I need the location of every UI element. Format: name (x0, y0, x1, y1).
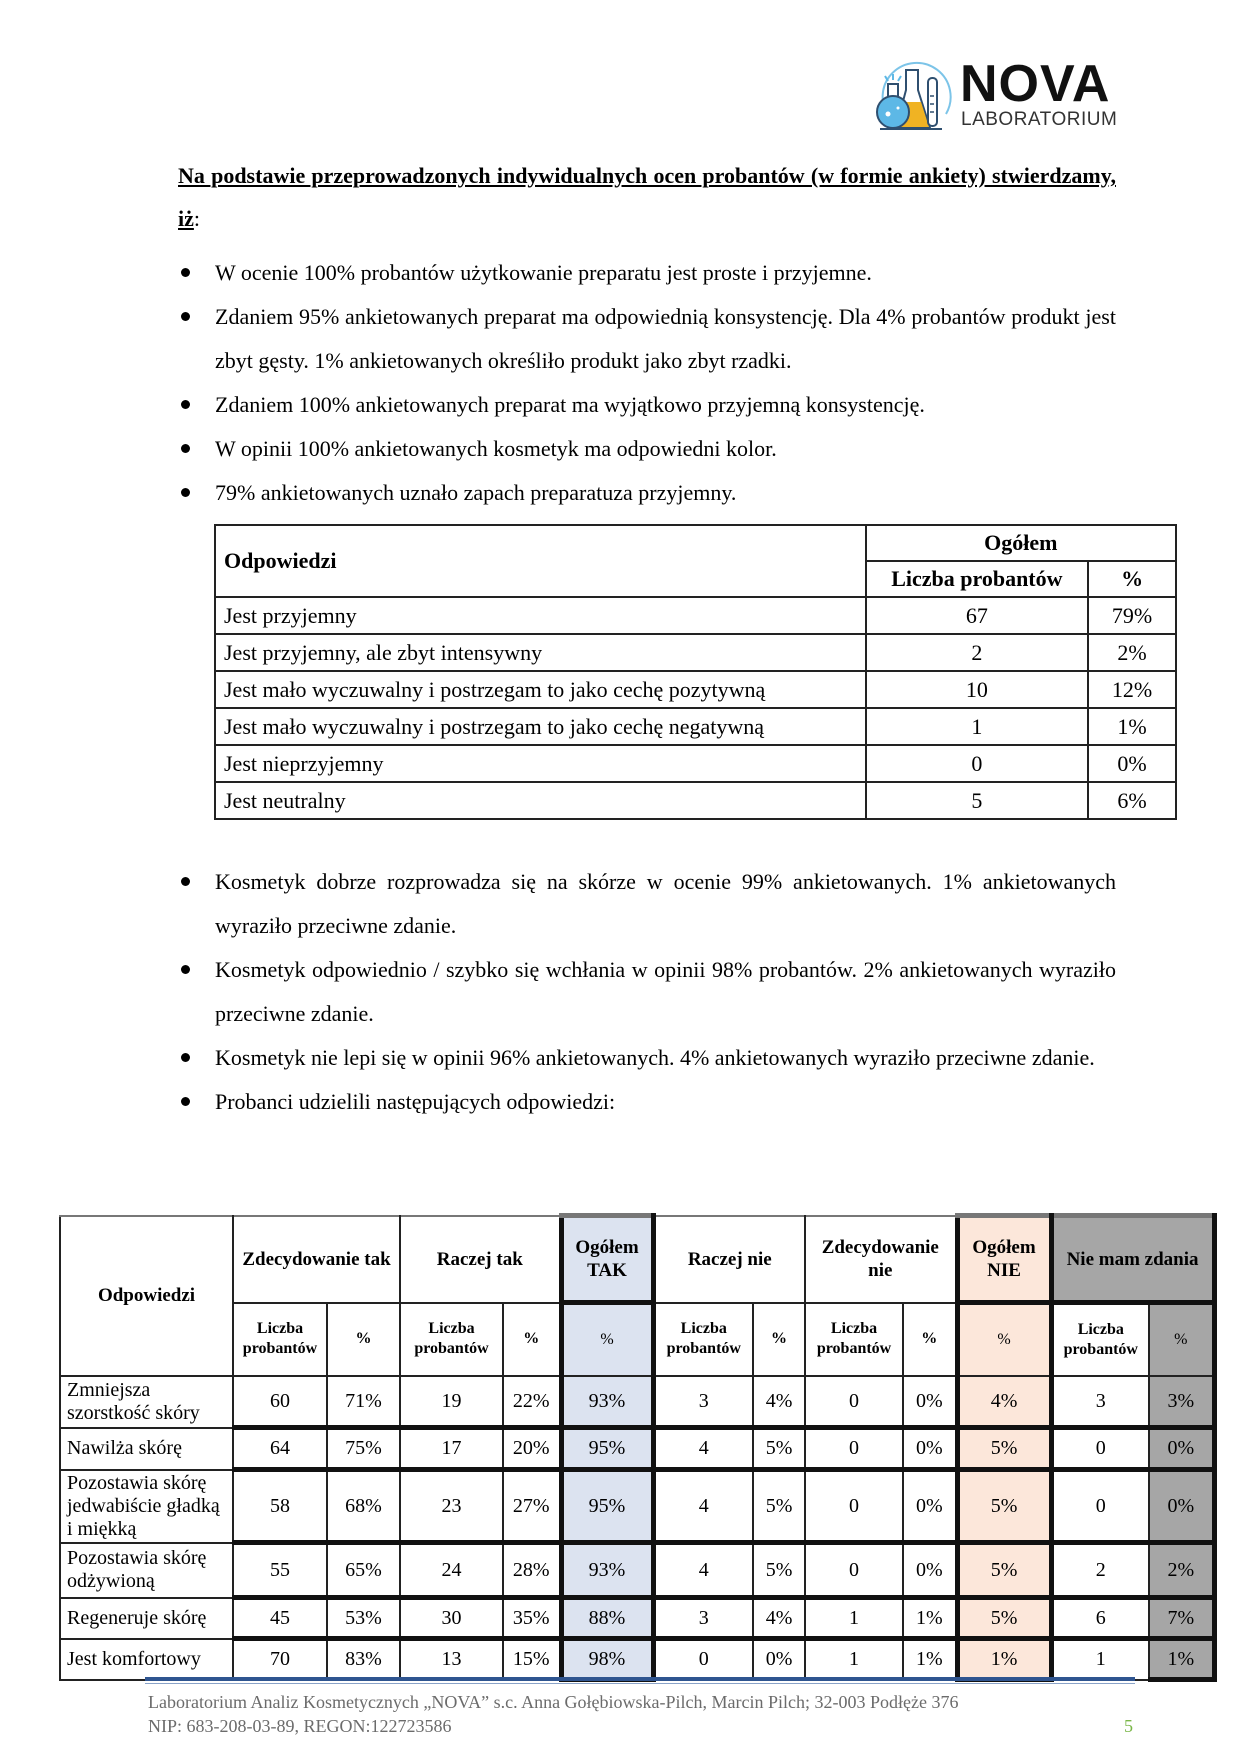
rather-yes-percent: 20% (503, 1428, 561, 1470)
no-opinion-count: 6 (1051, 1598, 1149, 1639)
definitely-yes-count: 60 (233, 1376, 327, 1428)
row-percent: 6% (1088, 782, 1176, 819)
rather-yes-percent: 35% (503, 1598, 561, 1639)
logo-name: NOVA (960, 58, 1110, 110)
list-item-text: Kosmetyk odpowiednio / szybko się wchłan… (215, 957, 1116, 1026)
total-yes-percent: 93% (561, 1543, 653, 1598)
no-opinion-count: 1 (1051, 1639, 1149, 1680)
header-percent: % (753, 1303, 805, 1377)
header-count: Liczba probantów (653, 1303, 753, 1377)
intro-colon: : (194, 206, 200, 231)
table-row: Jest mało wyczuwalny i postrzegam to jak… (215, 671, 1176, 708)
no-opinion-percent: 0% (1149, 1428, 1214, 1470)
list-item-text: W ocenie 100% probantów użytkowanie prep… (215, 260, 872, 285)
bullet-icon (181, 1053, 190, 1062)
rather-yes-count: 24 (400, 1543, 503, 1598)
row-label: Nawilża skórę (60, 1428, 233, 1470)
table-row: Jest przyjemny, ale zbyt intensywny22% (215, 634, 1176, 671)
definitely-yes-count: 70 (233, 1639, 327, 1680)
no-opinion-count: 3 (1051, 1376, 1149, 1428)
list-item: W ocenie 100% probantów użytkowanie prep… (178, 251, 1116, 295)
total-no-percent: 5% (957, 1470, 1051, 1543)
header-definitely-no: Zdecydowanie nie (805, 1216, 957, 1303)
table-row: Zmniejsza szorstkość skóry6071%1922%93%3… (60, 1376, 1214, 1428)
definitely-no-percent: 0% (903, 1470, 957, 1543)
list-item-text: Zdaniem 95% ankietowanych preparat ma od… (215, 304, 1116, 373)
list-item: 79% ankietowanych uznało zapach preparat… (178, 471, 1116, 515)
definitely-no-count: 1 (805, 1639, 903, 1680)
total-no-percent: 5% (957, 1428, 1051, 1470)
total-no-percent: 5% (957, 1598, 1051, 1639)
rather-yes-count: 13 (400, 1639, 503, 1680)
footer-ids: NIP: 683-208-03-89, REGON:122723586 (148, 1714, 1133, 1738)
definitely-yes-percent: 65% (327, 1543, 400, 1598)
page-number: 5 (1124, 1714, 1133, 1738)
definitely-yes-percent: 53% (327, 1598, 400, 1639)
footer-rule (145, 1677, 1135, 1681)
rather-yes-percent: 28% (503, 1543, 561, 1598)
table-row: Nawilża skórę6475%1720%95%45%00%5%00% (60, 1428, 1214, 1470)
row-percent: 0% (1088, 745, 1176, 782)
row-count: 0 (866, 745, 1089, 782)
definitely-no-percent: 0% (903, 1543, 957, 1598)
total-no-percent: 4% (957, 1376, 1051, 1428)
definitely-no-percent: 0% (903, 1376, 957, 1428)
list-item: W opinii 100% ankietowanych kosmetyk ma … (178, 427, 1116, 471)
rather-no-percent: 5% (753, 1543, 805, 1598)
row-percent: 2% (1088, 634, 1176, 671)
table-row: Regeneruje skórę4553%3035%88%34%11%5%67% (60, 1598, 1214, 1639)
row-label: Jest neutralny (215, 782, 866, 819)
list-item-text: Zdaniem 100% ankietowanych preparat ma w… (215, 392, 925, 417)
bullet-icon (181, 965, 190, 974)
definitely-no-count: 0 (805, 1543, 903, 1598)
row-label: Pozostawia skórę jedwabiście gładką i mi… (60, 1470, 233, 1543)
definitely-no-percent: 1% (903, 1598, 957, 1639)
definitely-yes-percent: 75% (327, 1428, 400, 1470)
table-row: Pozostawia skórę odżywioną5565%2428%93%4… (60, 1543, 1214, 1598)
header-percent: % (1088, 561, 1176, 597)
findings-list-2: Kosmetyk dobrze rozprowadza się na skórz… (178, 860, 1116, 1124)
list-item-text: 79% ankietowanych uznało zapach preparat… (215, 480, 736, 505)
list-item: Kosmetyk odpowiednio / szybko się wchłan… (178, 948, 1116, 1036)
effects-table-body: Zmniejsza szorstkość skóry6071%1922%93%3… (60, 1376, 1214, 1680)
table-row: Jest neutralny56% (215, 782, 1176, 819)
total-yes-percent: 93% (561, 1376, 653, 1428)
bullet-icon (181, 1097, 190, 1106)
no-opinion-percent: 7% (1149, 1598, 1214, 1639)
list-item: Zdaniem 100% ankietowanych preparat ma w… (178, 383, 1116, 427)
rather-no-count: 3 (653, 1598, 753, 1639)
header-percent: % (327, 1303, 400, 1377)
header-count: Liczba probantów (400, 1303, 503, 1377)
header-count: Liczba probantów (233, 1303, 327, 1377)
definitely-yes-count: 58 (233, 1470, 327, 1543)
intro-paragraph: Na podstawie przeprowadzonych indywidual… (178, 154, 1116, 240)
row-label: Jest mało wyczuwalny i postrzegam to jak… (215, 671, 866, 708)
row-percent: 12% (1088, 671, 1176, 708)
list-item: Kosmetyk dobrze rozprowadza się na skórz… (178, 860, 1116, 948)
table-row: Jest przyjemny6779% (215, 597, 1176, 634)
no-opinion-percent: 2% (1149, 1543, 1214, 1598)
no-opinion-count: 0 (1051, 1470, 1149, 1543)
header-rather-yes: Raczej tak (400, 1216, 561, 1303)
logo-subtitle: LABORATORIUM (961, 110, 1117, 130)
definitely-yes-percent: 71% (327, 1376, 400, 1428)
scent-table: Odpowiedzi Ogółem Liczba probantów % Jes… (214, 524, 1177, 820)
definitely-no-count: 0 (805, 1376, 903, 1428)
rather-yes-percent: 22% (503, 1376, 561, 1428)
row-label: Jest nieprzyjemny (215, 745, 866, 782)
rather-no-count: 0 (653, 1639, 753, 1680)
total-no-percent: 1% (957, 1639, 1051, 1680)
footer-rule-thin (145, 1683, 1135, 1684)
header-percent: % (1149, 1303, 1214, 1377)
no-opinion-percent: 0% (1149, 1470, 1214, 1543)
header-percent: % (561, 1303, 653, 1377)
table-row: Jest mało wyczuwalny i postrzegam to jak… (215, 708, 1176, 745)
total-yes-percent: 98% (561, 1639, 653, 1680)
bullet-icon (181, 312, 190, 321)
row-count: 1 (866, 708, 1089, 745)
scent-table-body: Jest przyjemny6779%Jest przyjemny, ale z… (215, 597, 1176, 819)
rather-no-count: 4 (653, 1543, 753, 1598)
definitely-yes-percent: 83% (327, 1639, 400, 1680)
footer-address: Laboratorium Analiz Kosmetycznych „NOVA”… (148, 1690, 1133, 1714)
intro-heading: Na podstawie przeprowadzonych indywidual… (178, 163, 1116, 231)
rather-no-count: 4 (653, 1428, 753, 1470)
definitely-no-percent: 0% (903, 1428, 957, 1470)
header-count: Liczba probantów (805, 1303, 903, 1377)
header-count: Liczba probantów (866, 561, 1089, 597)
rather-no-percent: 5% (753, 1470, 805, 1543)
rather-no-percent: 4% (753, 1598, 805, 1639)
header-total-no: Ogółem NIE (957, 1216, 1051, 1303)
row-label: Regeneruje skórę (60, 1598, 233, 1639)
bullet-icon (181, 877, 190, 886)
header-definitely-yes: Zdecydowanie tak (233, 1216, 400, 1303)
total-yes-percent: 88% (561, 1598, 653, 1639)
rather-no-percent: 4% (753, 1376, 805, 1428)
bullet-icon (181, 400, 190, 409)
rather-yes-count: 30 (400, 1598, 503, 1639)
list-item-text: Probanci udzielili następujących odpowie… (215, 1089, 615, 1114)
rather-yes-count: 19 (400, 1376, 503, 1428)
rather-no-count: 3 (653, 1376, 753, 1428)
header-percent: % (503, 1303, 561, 1377)
row-label: Jest komfortowy (60, 1639, 233, 1680)
list-item: Kosmetyk nie lepi się w opinii 96% ankie… (178, 1036, 1116, 1080)
header-total-yes: Ogółem TAK (561, 1216, 653, 1303)
findings-list-1: W ocenie 100% probantów użytkowanie prep… (178, 251, 1116, 515)
row-percent: 1% (1088, 708, 1176, 745)
effects-table: Odpowiedzi Zdecydowanie tak Raczej tak O… (59, 1213, 1217, 1682)
row-count: 67 (866, 597, 1089, 634)
row-label: Jest mało wyczuwalny i postrzegam to jak… (215, 708, 866, 745)
bullet-icon (181, 268, 190, 277)
definitely-yes-count: 55 (233, 1543, 327, 1598)
definitely-no-count: 0 (805, 1470, 903, 1543)
row-label: Jest przyjemny, ale zbyt intensywny (215, 634, 866, 671)
header-answers: Odpowiedzi (215, 525, 866, 597)
table-row: Jest komfortowy7083%1315%98%00%11%1%11% (60, 1639, 1214, 1680)
row-count: 2 (866, 634, 1089, 671)
row-label: Jest przyjemny (215, 597, 866, 634)
footer: Laboratorium Analiz Kosmetycznych „NOVA”… (148, 1690, 1133, 1738)
table-row: Pozostawia skórę jedwabiście gładką i mi… (60, 1470, 1214, 1543)
header-rather-no: Raczej nie (653, 1216, 805, 1303)
list-item: Zdaniem 95% ankietowanych preparat ma od… (178, 295, 1116, 383)
rather-no-percent: 5% (753, 1428, 805, 1470)
rather-no-percent: 0% (753, 1639, 805, 1680)
total-yes-percent: 95% (561, 1428, 653, 1470)
rather-no-count: 4 (653, 1470, 753, 1543)
header-total: Ogółem (866, 525, 1176, 561)
bullet-icon (181, 444, 190, 453)
no-opinion-count: 0 (1051, 1428, 1149, 1470)
rather-yes-count: 17 (400, 1428, 503, 1470)
row-count: 10 (866, 671, 1089, 708)
bullet-icon (181, 488, 190, 497)
rather-yes-count: 23 (400, 1470, 503, 1543)
header-no-opinion: Nie mam zdania (1051, 1216, 1214, 1303)
definitely-yes-percent: 68% (327, 1470, 400, 1543)
list-item: Probanci udzielili następujących odpowie… (178, 1080, 1116, 1124)
no-opinion-percent: 1% (1149, 1639, 1214, 1680)
lab-flasks-icon (876, 56, 956, 136)
definitely-no-count: 0 (805, 1428, 903, 1470)
definitely-no-count: 1 (805, 1598, 903, 1639)
rather-yes-percent: 15% (503, 1639, 561, 1680)
definitely-yes-count: 45 (233, 1598, 327, 1639)
table-row: Jest nieprzyjemny00% (215, 745, 1176, 782)
total-yes-percent: 95% (561, 1470, 653, 1543)
list-item-text: Kosmetyk dobrze rozprowadza się na skórz… (215, 869, 1116, 938)
list-item-text: W opinii 100% ankietowanych kosmetyk ma … (215, 436, 777, 461)
header-count: Liczba probantów (1051, 1303, 1149, 1377)
rather-yes-percent: 27% (503, 1470, 561, 1543)
definitely-yes-count: 64 (233, 1428, 327, 1470)
total-no-percent: 5% (957, 1543, 1051, 1598)
header-percent: % (957, 1303, 1051, 1377)
definitely-no-percent: 1% (903, 1639, 957, 1680)
list-item-text: Kosmetyk nie lepi się w opinii 96% ankie… (215, 1045, 1095, 1070)
no-opinion-count: 2 (1051, 1543, 1149, 1598)
row-label: Pozostawia skórę odżywioną (60, 1543, 233, 1598)
no-opinion-percent: 3% (1149, 1376, 1214, 1428)
nova-logo: NOVA LABORATORIUM (876, 56, 1116, 136)
row-percent: 79% (1088, 597, 1176, 634)
header-answers: Odpowiedzi (60, 1216, 233, 1377)
row-count: 5 (866, 782, 1089, 819)
header-percent: % (903, 1303, 957, 1377)
row-label: Zmniejsza szorstkość skóry (60, 1376, 233, 1428)
